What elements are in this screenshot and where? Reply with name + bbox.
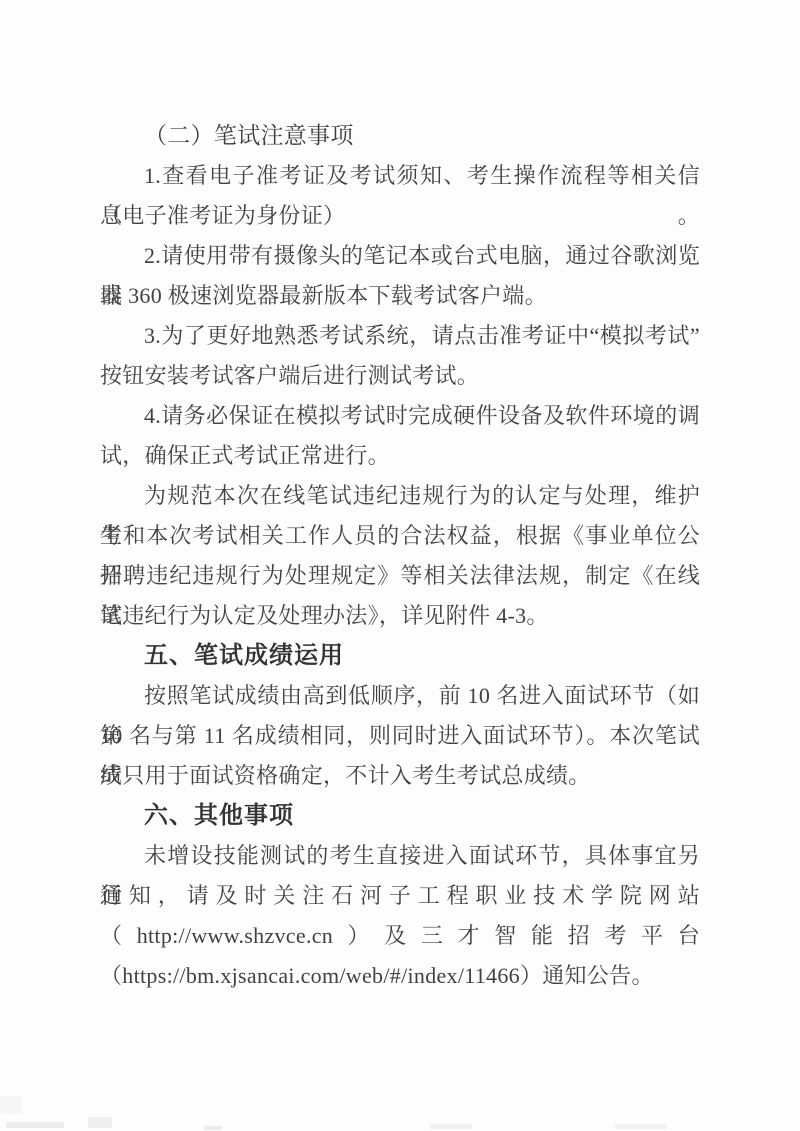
platform-url-line: （https://bm.xjsancai.com/web/#/index/114… bbox=[100, 956, 700, 996]
paragraph: 按照笔试成绩由高到低顺序，前 10 名进入面试环节（如第 10 名与第 11 名… bbox=[100, 676, 700, 796]
paragraph-line: 按钮安装考试客户端后进行测试考试。 bbox=[100, 356, 700, 396]
document-page: （二）笔试注意事项 1.查看电子准考证及考试须知、考生操作流程等相关信息。 （电… bbox=[0, 0, 800, 1131]
paragraph-line: 2.请使用带有摄像头的笔记本或台式电脑，通过谷歌浏览器 bbox=[100, 236, 700, 276]
scan-artifact bbox=[204, 1126, 222, 1130]
paragraph: 3.为了更好地熟悉考试系统，请点击准考证中“模拟考试” 按钮安装考试客户端后进行… bbox=[100, 316, 700, 396]
paragraph: 4.请务必保证在模拟考试时完成硬件设备及软件环境的调 试，确保正式考试正常进行。 bbox=[100, 396, 700, 476]
paragraph-line: 或 360 极速浏览器最新版本下载考试客户端。 bbox=[100, 276, 700, 316]
section-heading-bishi-chengji-yunyong: 五、笔试成绩运用 bbox=[100, 636, 700, 676]
paragraph: 2.请使用带有摄像头的笔记本或台式电脑，通过谷歌浏览器 或 360 极速浏览器最… bbox=[100, 236, 700, 316]
scan-artifact bbox=[88, 1117, 112, 1128]
website-url-line: （http://www.shzvce.cn）及三才智能招考平台 bbox=[100, 916, 700, 956]
paragraph-line: 试违纪行为认定及处理办法》，详见附件 4-3。 bbox=[100, 596, 700, 636]
paragraph-line: 按照笔试成绩由高到低顺序，前 10 名进入面试环节（如第 bbox=[100, 676, 700, 716]
paragraph-line: 招聘违纪违规行为处理规定》等相关法律法规，制定《在线笔 bbox=[100, 556, 700, 596]
paragraph-line: 10 名与第 11 名成绩相同，则同时进入面试环节）。本次笔试成 bbox=[100, 716, 700, 756]
paragraph-line: 1.查看电子准考证及考试须知、考生操作流程等相关信息。 bbox=[100, 156, 700, 196]
scan-artifact bbox=[430, 1124, 472, 1129]
paragraph-line: 通知，请及时关注石河子工程职业技术学院网站 bbox=[100, 876, 700, 916]
paragraph-line: 3.为了更好地熟悉考试系统，请点击准考证中“模拟考试” bbox=[100, 316, 700, 356]
paragraph-line: 绩只用于面试资格确定，不计入考生考试总成绩。 bbox=[100, 756, 700, 796]
document-content: （二）笔试注意事项 1.查看电子准考证及考试须知、考生操作流程等相关信息。 （电… bbox=[100, 116, 700, 996]
paragraph-line: 试，确保正式考试正常进行。 bbox=[100, 436, 700, 476]
scan-artifact bbox=[0, 1096, 22, 1114]
paragraph-line: 未增设技能测试的考生直接进入面试环节，具体事宜另行 bbox=[100, 836, 700, 876]
paragraph: 为规范本次在线笔试违纪违规行为的认定与处理，维护考 生和本次考试相关工作人员的合… bbox=[100, 476, 700, 636]
paragraph: 1.查看电子准考证及考试须知、考生操作流程等相关信息。 （电子准考证为身份证） bbox=[100, 156, 700, 236]
paragraph-line: 4.请务必保证在模拟考试时完成硬件设备及软件环境的调 bbox=[100, 396, 700, 436]
paragraph: 未增设技能测试的考生直接进入面试环节，具体事宜另行 通知，请及时关注石河子工程职… bbox=[100, 836, 700, 996]
paragraph-line: 为规范本次在线笔试违纪违规行为的认定与处理，维护考 bbox=[100, 476, 700, 516]
scan-artifact bbox=[6, 1122, 64, 1128]
section-heading-bishi-zhuyi-shixiang: （二）笔试注意事项 bbox=[100, 116, 700, 156]
section-heading-qita-shixiang: 六、其他事项 bbox=[100, 796, 700, 836]
paragraph-line: 生和本次考试相关工作人员的合法权益，根据《事业单位公开 bbox=[100, 516, 700, 556]
scan-artifact bbox=[615, 1124, 667, 1129]
